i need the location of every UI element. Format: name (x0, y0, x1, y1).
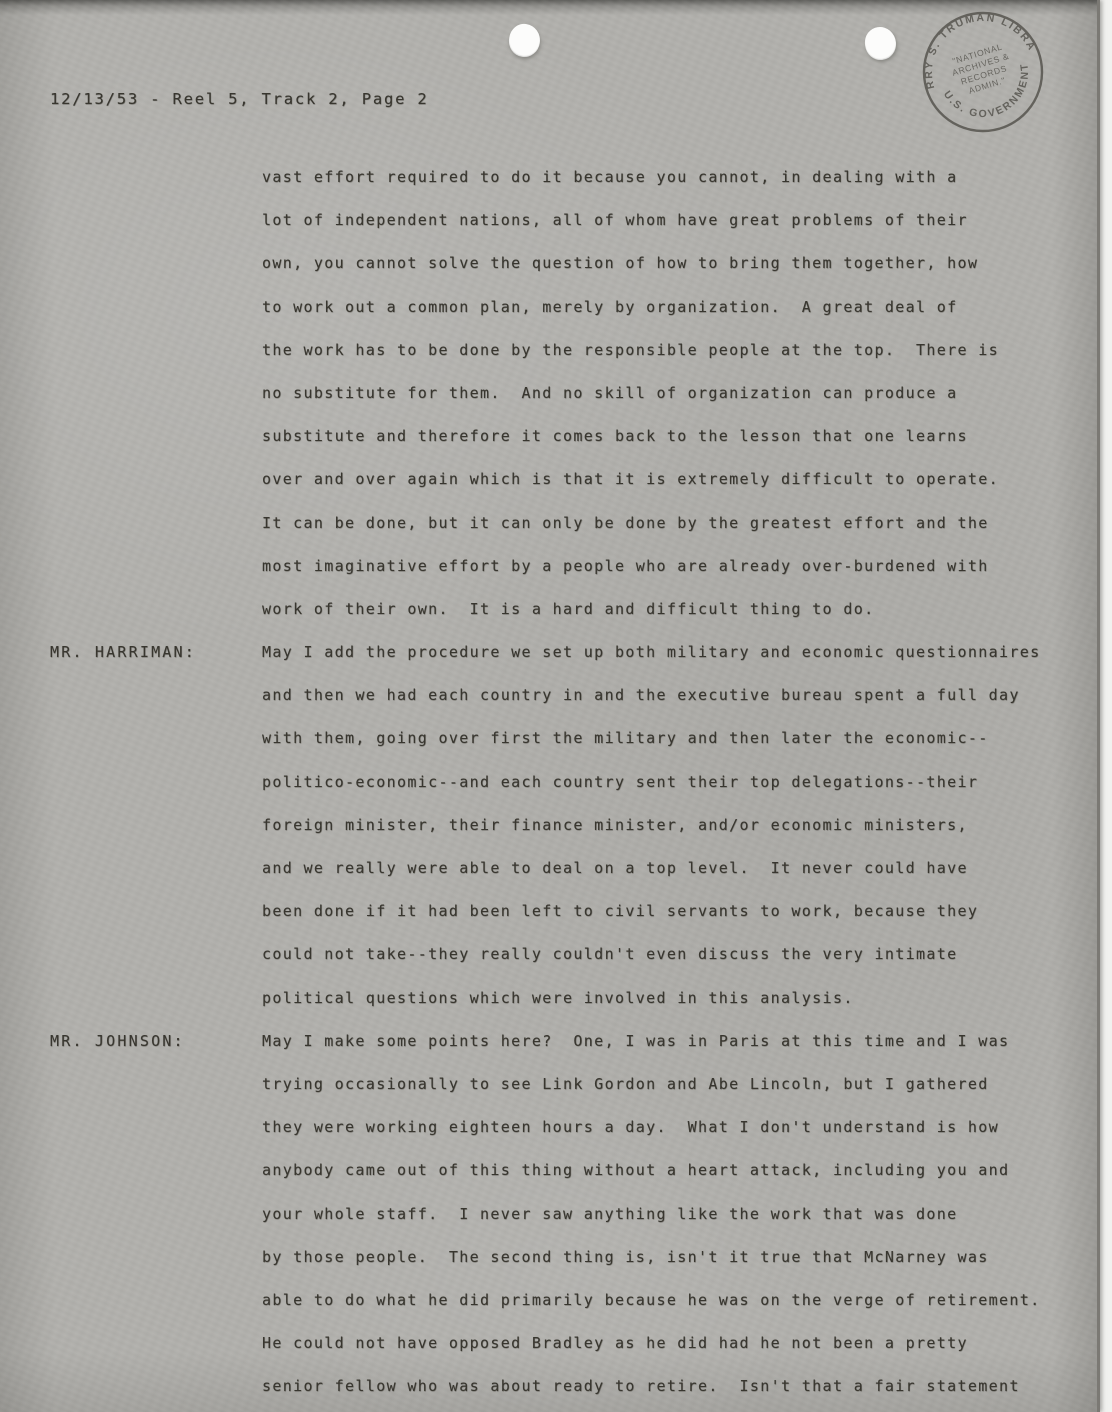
transcript-line: they were working eighteen hours a day. … (262, 1106, 1090, 1149)
speaker-label: MR. HARRIMAN: (50, 631, 262, 674)
transcript-line: own, you cannot solve the question of ho… (262, 242, 1090, 285)
transcript-paragraph: MR. JOHNSON:May I make some points here?… (50, 1020, 1090, 1409)
transcript-line: by those people. The second thing is, is… (262, 1236, 1090, 1279)
transcript-line: with them, going over first the military… (262, 717, 1090, 760)
punch-hole-left (507, 22, 542, 59)
transcript-line: your whole staff. I never saw anything l… (262, 1193, 1090, 1236)
speaker-label: MR. JOHNSON: (50, 1020, 262, 1063)
transcript-line: lot of independent nations, all of whom … (262, 199, 1090, 242)
punch-hole-right (863, 25, 897, 61)
page-header: 12/13/53 - Reel 5, Track 2, Page 2 (50, 90, 428, 108)
transcript-paragraph: MR. HARRIMAN:May I add the procedure we … (50, 631, 1090, 1020)
truman-library-stamp-icon: HARRY S. TRUMAN LIBRARY U.S. GOVERNMENT … (917, 6, 1049, 138)
transcript-line: It can be done, but it can only be done … (262, 502, 1090, 545)
transcript-line: been done if it had been left to civil s… (262, 890, 1090, 933)
transcript-line: to work out a common plan, merely by org… (262, 286, 1090, 329)
transcript-line: and then we had each country in and the … (262, 674, 1090, 717)
transcript-line: no substitute for them. And no skill of … (262, 372, 1090, 415)
transcript-paragraph: vast effort required to do it because yo… (50, 156, 1090, 631)
paragraph-lines: May I add the procedure we set up both m… (262, 631, 1090, 1020)
paragraph-lines: vast effort required to do it because yo… (262, 156, 1090, 631)
transcript-line: He could not have opposed Bradley as he … (262, 1322, 1090, 1365)
transcript-line: senior fellow who was about ready to ret… (262, 1365, 1090, 1408)
transcript-line: able to do what he did primarily because… (262, 1279, 1090, 1322)
transcript-line: trying occasionally to see Link Gordon a… (262, 1063, 1090, 1106)
transcript-line: anybody came out of this thing without a… (262, 1149, 1090, 1192)
transcript-line: most imaginative effort by a people who … (262, 545, 1090, 588)
transcript-line: political questions which were involved … (262, 977, 1090, 1020)
transcript-line: over and over again which is that it is … (262, 458, 1090, 501)
transcript: vast effort required to do it because yo… (50, 156, 1090, 1408)
transcript-line: the work has to be done by the responsib… (262, 329, 1090, 372)
transcript-line: May I make some points here? One, I was … (262, 1020, 1090, 1063)
transcript-line: and we really were able to deal on a top… (262, 847, 1090, 890)
paragraph-lines: May I make some points here? One, I was … (262, 1020, 1090, 1409)
speaker-label (50, 156, 262, 199)
transcript-line: vast effort required to do it because yo… (262, 156, 1090, 199)
transcript-line: politico-economic--and each country sent… (262, 761, 1090, 804)
transcript-line: work of their own. It is a hard and diff… (262, 588, 1090, 631)
transcript-line: could not take--they really couldn't eve… (262, 933, 1090, 976)
transcript-line: substitute and therefore it comes back t… (262, 415, 1090, 458)
scanned-document-page: HARRY S. TRUMAN LIBRARY U.S. GOVERNMENT … (0, 0, 1100, 1412)
transcript-line: foreign minister, their finance minister… (262, 804, 1090, 847)
transcript-line: May I add the procedure we set up both m… (262, 631, 1090, 674)
